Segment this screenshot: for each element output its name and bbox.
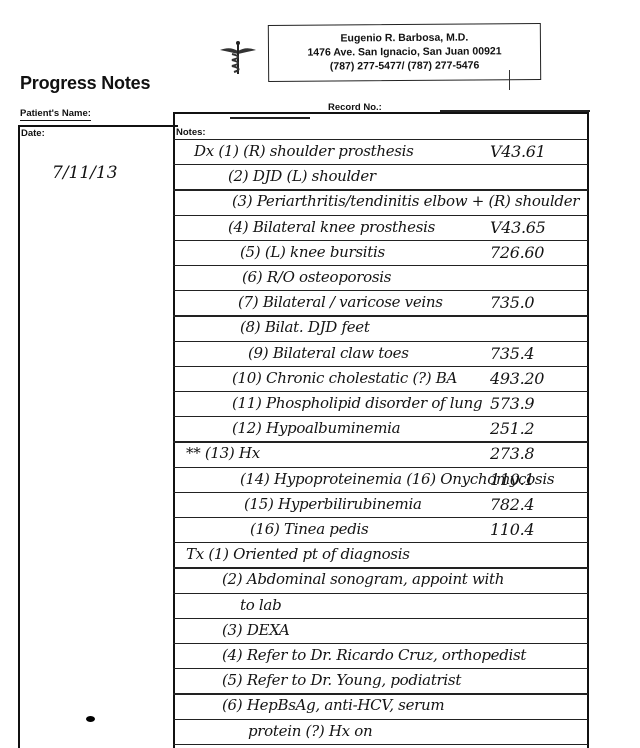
note-line: (9) Bilateral claw toes bbox=[248, 344, 409, 362]
note-line: (6) R/O osteoporosis bbox=[242, 268, 391, 286]
note-line: ** (13) Hx bbox=[186, 444, 260, 462]
diagnosis-code: 735.4 bbox=[490, 344, 534, 363]
ruled-line bbox=[173, 668, 588, 669]
ruled-line bbox=[173, 416, 588, 417]
notes-label: Notes: bbox=[176, 127, 206, 138]
caduceus-icon bbox=[218, 38, 258, 78]
patient-name-field bbox=[230, 117, 310, 119]
page-title: Progress Notes bbox=[20, 73, 150, 94]
physician-phones: (787) 277-5477/ (787) 277-5476 bbox=[269, 58, 540, 74]
diagnosis-code: 573.9 bbox=[490, 394, 534, 413]
note-line: Dx (1) (R) shoulder prosthesis bbox=[194, 142, 414, 160]
entry-date: 7/11/13 bbox=[52, 163, 118, 183]
note-line: (2) DJD (L) shoulder bbox=[228, 167, 376, 185]
diagnosis-code: 726.60 bbox=[490, 243, 544, 262]
ruled-line bbox=[173, 391, 588, 392]
ruled-line bbox=[173, 492, 588, 493]
ruled-line bbox=[173, 341, 588, 342]
ruled-line bbox=[173, 265, 588, 266]
ruled-line bbox=[173, 593, 588, 594]
note-line: (6) HepBsAg, anti-HCV, serum bbox=[222, 696, 444, 714]
note-line: Tx (1) Oriented pt of diagnosis bbox=[186, 545, 410, 563]
ruled-line bbox=[173, 189, 588, 190]
ruled-line bbox=[173, 719, 588, 720]
patient-name-label: Patient's Name: bbox=[20, 108, 91, 121]
ruled-line bbox=[173, 618, 588, 619]
note-line: (5) (L) knee bursitis bbox=[240, 243, 385, 261]
note-line: (2) Abdominal sonogram, appoint with bbox=[222, 570, 504, 588]
note-line: (10) Chronic cholestatic (?) BA bbox=[232, 369, 457, 387]
form-border-right bbox=[587, 112, 589, 748]
note-line: (7) Bilateral / varicose veins bbox=[238, 293, 443, 311]
ruled-line bbox=[173, 139, 588, 140]
column-divider bbox=[173, 112, 175, 748]
date-column-top bbox=[18, 125, 178, 127]
note-line: (4) Bilateral knee prosthesis bbox=[228, 218, 435, 236]
ruled-line bbox=[173, 517, 588, 518]
note-line: (8) Bilat. DJD feet bbox=[240, 318, 370, 336]
ruled-line bbox=[173, 240, 588, 241]
ruled-line bbox=[173, 366, 588, 367]
ruled-line bbox=[173, 441, 588, 442]
diagnosis-code: V43.65 bbox=[490, 218, 546, 237]
ruled-line bbox=[173, 290, 588, 291]
physician-address: 1476 Ave. San Ignacio, San Juan 00921 bbox=[269, 44, 540, 60]
ruled-line bbox=[173, 542, 588, 543]
ruled-line bbox=[173, 643, 588, 644]
date-label: Date: bbox=[21, 128, 45, 139]
ruled-line bbox=[173, 164, 588, 165]
ruled-line bbox=[173, 315, 588, 316]
note-line: (16) Tinea pedis bbox=[250, 520, 368, 538]
diagnosis-code: 735.0 bbox=[490, 293, 534, 312]
note-line: to lab bbox=[240, 596, 281, 614]
ruled-line bbox=[173, 567, 588, 568]
notes-box-top bbox=[173, 112, 588, 114]
note-line: (15) Hyperbilirubinemia bbox=[244, 495, 422, 513]
diagnosis-code: 110.1 bbox=[490, 470, 534, 489]
note-line: (11) Phospholipid disorder of lung bbox=[232, 394, 482, 412]
note-line: (4) Refer to Dr. Ricardo Cruz, orthopedi… bbox=[222, 646, 526, 664]
note-line: (3) DEXA bbox=[222, 621, 290, 639]
diagnosis-code: 273.8 bbox=[490, 444, 534, 463]
ruled-line bbox=[173, 467, 588, 468]
ruled-line bbox=[173, 744, 588, 745]
diagnosis-code: 251.2 bbox=[490, 419, 534, 438]
ink-blot bbox=[86, 716, 95, 722]
note-line: protein (?) Hx on bbox=[248, 722, 372, 740]
ruled-line bbox=[173, 693, 588, 694]
diagnosis-code: 782.4 bbox=[490, 495, 534, 514]
ruled-line bbox=[173, 215, 588, 216]
diagnosis-code: 110.4 bbox=[490, 520, 534, 539]
note-line: (3) Periarthritis/tendinitis elbow + (R)… bbox=[232, 192, 579, 210]
stray-mark bbox=[509, 70, 510, 90]
diagnosis-code: 493.20 bbox=[490, 369, 544, 388]
form-border-left bbox=[18, 125, 20, 748]
diagnosis-code: V43.61 bbox=[490, 142, 546, 161]
note-line: (5) Refer to Dr. Young, podiatrist bbox=[222, 671, 461, 689]
note-line: (12) Hypoalbuminemia bbox=[232, 419, 400, 437]
letterhead-box: Eugenio R. Barbosa, M.D. 1476 Ave. San I… bbox=[268, 23, 541, 82]
